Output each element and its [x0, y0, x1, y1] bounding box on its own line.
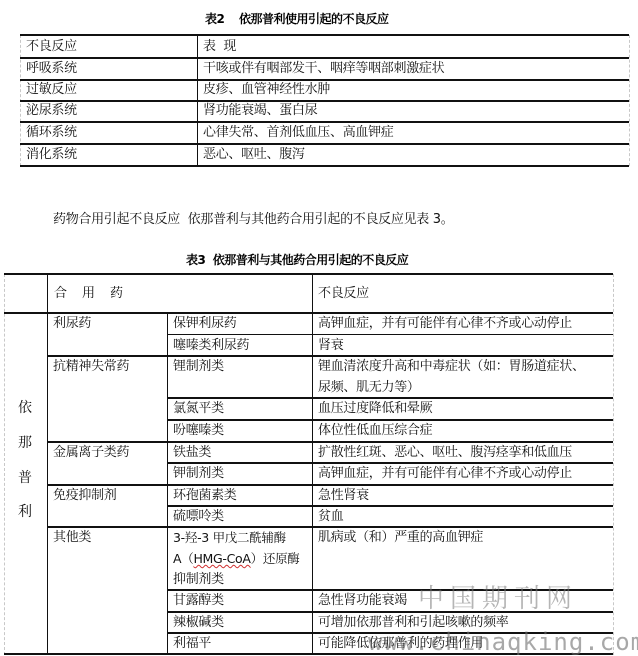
table3-left-dashed-border [4, 274, 5, 655]
watermark-site-name: 中国期刊网 [418, 578, 578, 615]
drug-text: ）还原酶 [251, 551, 300, 566]
table2-right-dashed-border [629, 35, 630, 166]
table3-drug: 甘露醇类 [173, 590, 224, 611]
table3-drug: A（HMG-CoA）还原酶 [173, 548, 299, 569]
table3-drug: 硫嘌呤类 [173, 506, 224, 527]
table2-cell: 干咳或伴有咽部发干、咽痒等咽部刺激症状 [203, 58, 444, 79]
table3-drug: 抑制剂类 [173, 569, 224, 590]
table2-rule [20, 100, 629, 102]
table3-title: 表3 依那普利与其他药合用引起的不良反应 [186, 251, 408, 268]
table3-reaction: 尿频、肌无力等） [318, 377, 420, 398]
table2-cell: 泌尿系统 [26, 100, 77, 121]
table3-reaction: 高钾血症，并有可能伴有心律不齐或心动停止 [318, 313, 572, 334]
table3-drug: 锂制剂类 [173, 356, 224, 377]
table3-drug: 钾制剂类 [173, 463, 224, 484]
table2-rule [20, 34, 629, 36]
table3-reaction: 肾衰 [318, 335, 343, 356]
table3-drug: 利福平 [173, 633, 211, 654]
table2-rule [20, 165, 629, 167]
table3-reaction: 贫血 [318, 506, 343, 527]
table2-cell: 消化系统 [26, 144, 77, 165]
table3-category: 抗精神失常药 [53, 356, 129, 377]
table3-col-divider [312, 274, 313, 655]
table3-reaction: 锂血清浓度升高和中毒症状（如：胃肠道症状、 [318, 356, 585, 377]
table3-header-adverse: 不良反应 [318, 283, 369, 304]
table2-cell: 循环系统 [26, 122, 77, 143]
table3-col-divider [167, 313, 168, 655]
table3-drug: 噻嗪类利尿药 [173, 335, 249, 356]
body-paragraph: 药物合用引起不良反应 依那普利与其他药合用引起的不良反应见表 3。 [53, 208, 453, 227]
table3-drug: 吩噻嗪类 [173, 420, 224, 441]
table3-category: 免疫抑制剂 [53, 485, 117, 506]
table3-drug: 环孢菌素类 [173, 485, 237, 506]
table3-drug: 铁盐类 [173, 442, 211, 463]
table3-reaction: 肌病或（和）严重的高血钾症 [318, 527, 483, 548]
table2-cell: 呼吸系统 [26, 58, 77, 79]
table2-cell: 皮疹、血管神经性水肿 [203, 79, 330, 100]
table2-cell: 恶心、呕吐、腹泻 [203, 144, 305, 165]
table3-right-dashed-border [613, 274, 614, 655]
table3-col-divider [47, 274, 48, 655]
watermark-url: www.chinaqking.com [368, 628, 638, 656]
table3-category: 其他类 [53, 527, 91, 548]
table3-reaction: 急性肾衰 [318, 485, 369, 506]
table3-drug: 保钾利尿药 [173, 313, 237, 334]
table2-rule [20, 143, 629, 145]
table3-reaction: 扩散性红斑、恶心、呕吐、腹泻痉挛和低血压 [318, 442, 572, 463]
table3-drug: 3-羟-3 甲戊二酰辅酶 [173, 527, 286, 548]
table3-drug: 辣椒碱类 [173, 612, 224, 633]
table2-cell: 过敏反应 [26, 79, 77, 100]
drug-text: A（ [173, 551, 193, 566]
table2-cell: 心律失常、首剂低血压、高血钾症 [203, 122, 394, 143]
row-group-label-char: 普 [18, 467, 32, 487]
table3-drug: 氯氮平类 [173, 398, 224, 419]
spellcheck-marked-text: HMG-CoA [193, 551, 250, 566]
table3-reaction: 高钾血症，并有可能伴有心律不齐或心动停止 [318, 463, 572, 484]
table3-category: 金属离子类药 [53, 442, 129, 463]
row-group-label-char: 利 [18, 501, 32, 521]
table2-cell: 肾功能衰竭、蛋白尿 [203, 100, 317, 121]
table3-category: 利尿药 [53, 313, 91, 334]
row-group-label-char: 依 [18, 397, 32, 417]
table3-rule [4, 273, 613, 275]
table3-reaction: 体位性低血压综合症 [318, 420, 432, 441]
row-group-label-char: 那 [18, 432, 32, 452]
table3-header-combined-drug: 合 用 药 [54, 283, 123, 304]
table3-reaction: 急性肾功能衰竭 [318, 590, 407, 611]
table3-reaction: 血压过度降低和晕厥 [318, 398, 432, 419]
table2-col-divider [197, 35, 198, 166]
table2-title: 表2 依那普利使用引起的不良反应 [205, 10, 389, 27]
table2-header-manifestation: 表 现 [203, 36, 236, 57]
table2-header-adverse: 不良反应 [26, 36, 77, 57]
